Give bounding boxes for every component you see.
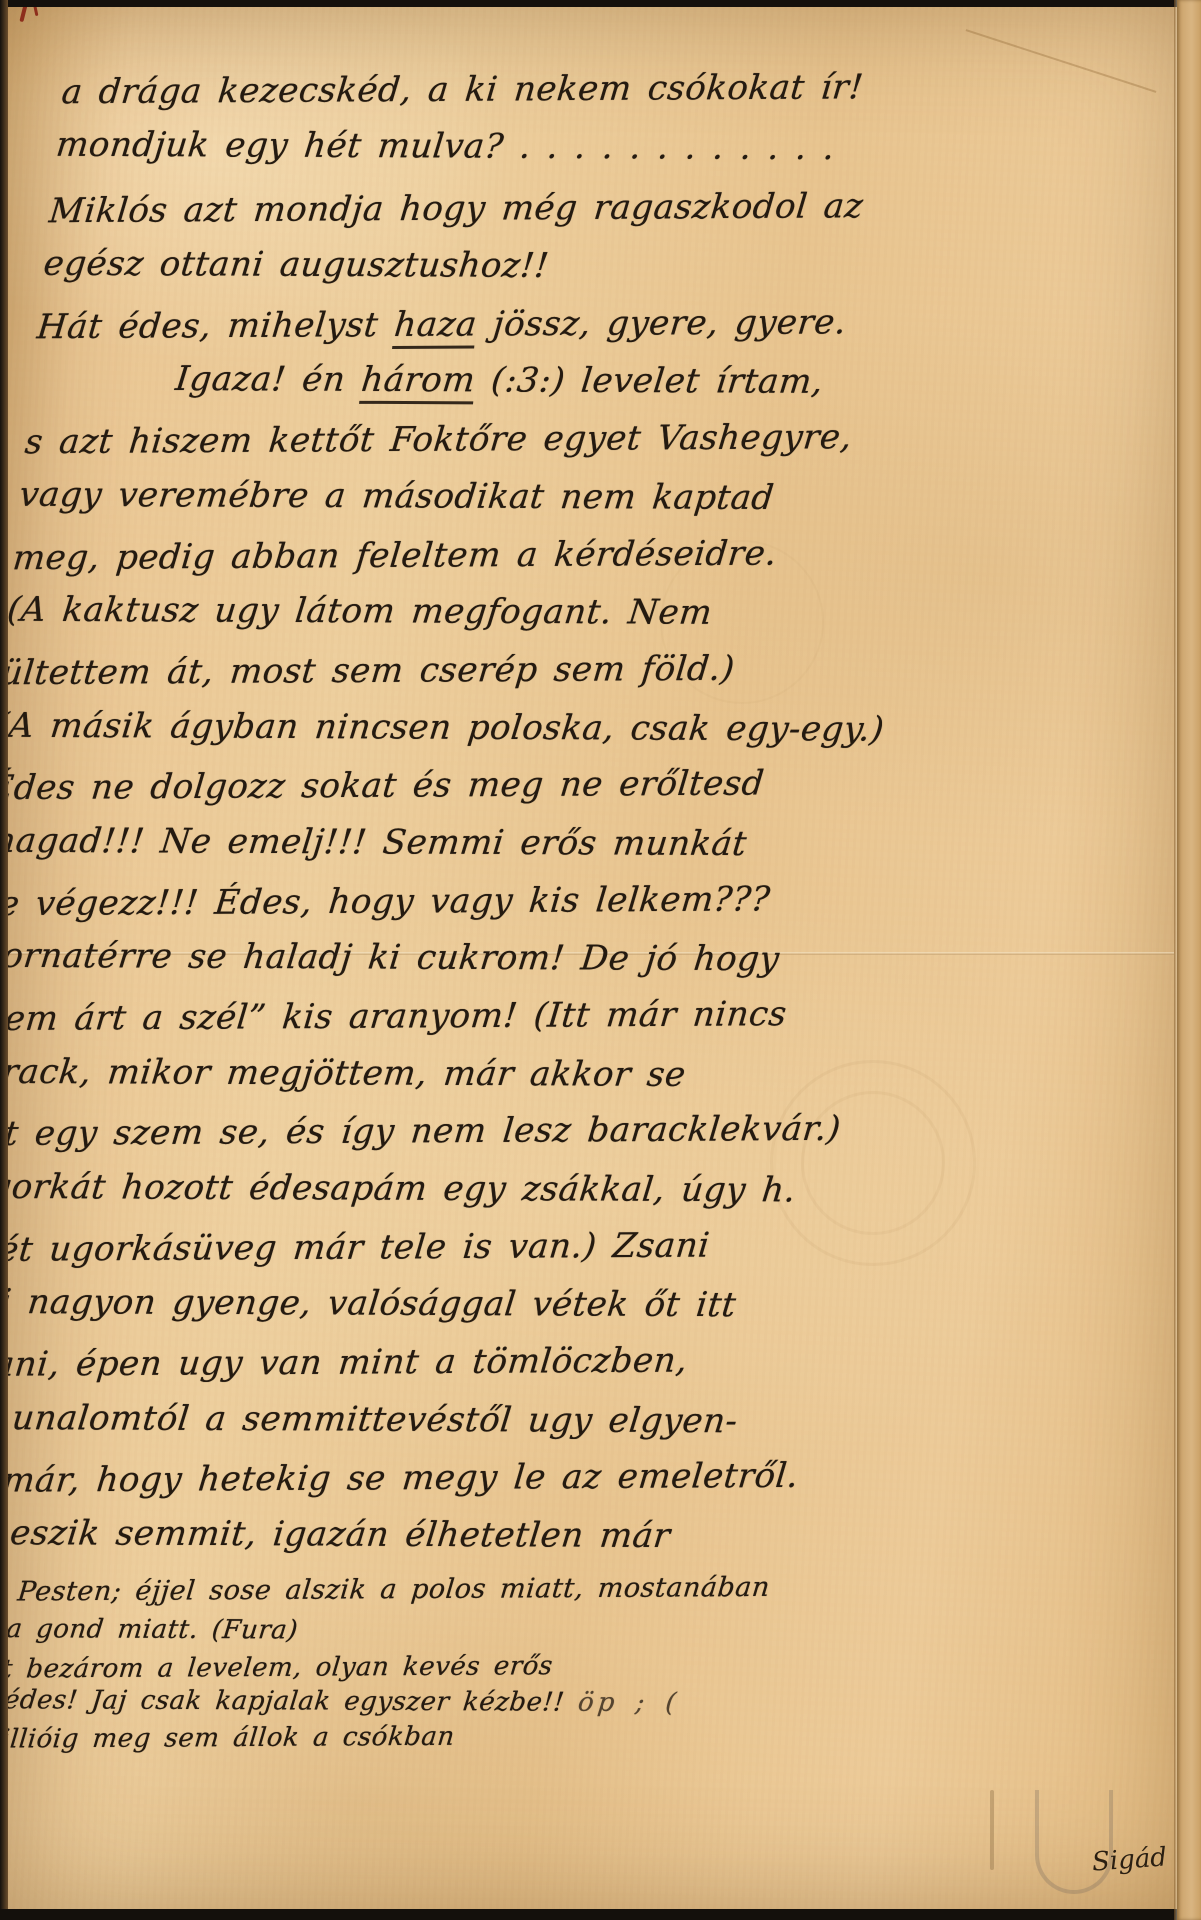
line-segment: Igaza! én <box>174 359 364 400</box>
handwritten-text-block: a drága kezecskéd, a ki nekem csókokat í… <box>0 72 1115 1759</box>
letter-line: barack, mikor megjöttem, már akkor se <box>0 1054 1011 1094</box>
letter-line: egész ottani augusztushoz!! <box>42 247 1096 287</box>
letter-line: Én most bezárom a levelem, olyan kevés e… <box>0 1650 949 1684</box>
letter-line: nappal a gond miatt. (Fura) <box>0 1616 952 1648</box>
scan-edge-top <box>0 0 1201 7</box>
letter-line: s az unalomtól a semmittevéstől ugy elgy… <box>0 1401 975 1441</box>
letter-line: Miklós azt mondja hogy még ragaszkodol a… <box>47 188 1102 230</box>
letter-line: mondjuk egy hét mulva? . . . . . . . . .… <box>54 127 1108 167</box>
line-segment: jöjj ide édes! Jaj csak kapjalak egyszer… <box>0 1685 566 1718</box>
scan-edge-bottom <box>0 1909 1201 1920</box>
letter-line: vagy veremébre a másodikat nem kaptad <box>18 478 1072 518</box>
letter-line: ne végezz!!! Édes, hogy vagy kis lelkem?… <box>0 880 1030 922</box>
letter-line: hárommillióig meg sem állok a csókban <box>0 1721 942 1755</box>
letter-line: Nem eszik semmit, igazán élhetetlen már <box>0 1516 963 1556</box>
scan-edge-left <box>0 0 8 1920</box>
line-segment: jössz, gyere, gyere. <box>475 302 848 344</box>
letter-line: a két ugorkásüveg már tele is van.) Zsan… <box>0 1227 994 1269</box>
letter-line: „nem árt a szél” kis aranyom! (Itt már n… <box>0 996 1018 1038</box>
letter-line: (A másik ágyban nincsen poloska, csak eg… <box>0 708 1048 748</box>
letter-line: magad!!! Ne emelj!!! Semmi erős munkát <box>0 824 1036 864</box>
line-segment: Hát édes, mihelyst <box>35 305 396 347</box>
letter-line: (Ugorkát hozott édesapám egy zsákkal, úg… <box>0 1170 999 1210</box>
letter-line: ültettem át, most sem cserép sem föld.) <box>0 650 1054 692</box>
letter-line: tartani, épen ugy van mint a tömlöczben, <box>0 1342 981 1384</box>
letter-line: meg, pedig abban feleltem a kérdéseidre. <box>11 534 1066 576</box>
letter-line: Igaza! én három (:3:) levelet írtam, <box>174 362 1084 402</box>
letter-line: Édes ne dolgozz sokat és meg ne erőltesd <box>0 765 1042 807</box>
letter-line: A tornatérre se haladj ki cukrom! De jó … <box>0 939 1023 979</box>
letter-line: jöjj ide édes! Jaj csak kapjalak egyszer… <box>0 1687 945 1719</box>
letter-line: s azt hiszem kettőt Foktőre egyet Vasheg… <box>23 419 1078 461</box>
letter-line: a drága kezecskéd, a ki nekem csókokat í… <box>60 69 1115 111</box>
letter-line: Hát édes, mihelyst haza jössz, gyere, gy… <box>35 304 1090 346</box>
pencil-mark <box>990 1790 994 1870</box>
letter-line: (A kaktusz ugy látom megfogant. Nem <box>5 593 1059 633</box>
underlying-sheet-edge <box>1177 0 1201 1920</box>
letter-line: gült már, hogy hetekig se megy le az eme… <box>0 1457 969 1499</box>
scanned-letter-page: a drága kezecskéd, a ki nekem csókokat í… <box>0 0 1201 1920</box>
underlined-word: haza <box>392 304 479 349</box>
pencil-mark <box>1035 1790 1113 1894</box>
letter-line: néni nagyon gyenge, valósággal vétek őt … <box>0 1285 987 1325</box>
letter-line: lakik ő Pesten; éjjel sose alszik a polo… <box>0 1573 957 1608</box>
underlined-word: három <box>359 360 477 404</box>
line-segment: (:3:) levelet írtam, <box>473 361 825 403</box>
letter-line: volt egy szem se, és így nem lesz barack… <box>0 1111 1006 1153</box>
ink-blot-marks: öp ; ( <box>577 1688 682 1718</box>
